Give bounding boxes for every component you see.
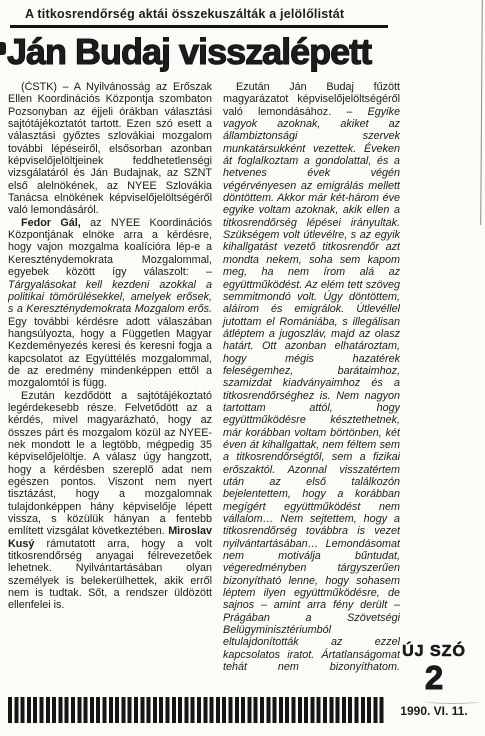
article-paragraph: Fedor Gál, az NYEE Koordinációs Központj… <box>8 217 212 390</box>
scan-edge-artifact <box>480 0 483 225</box>
article-paragraph: Ezután Ján Budaj fűzött magyarázatot kép… <box>223 81 400 675</box>
article-body: (ČSTK) – A Nyilvánosság az Erőszak Ellen… <box>8 81 400 675</box>
article-right-column: Ezután Ján Budaj fűzött magyarázatot kép… <box>223 81 400 675</box>
masthead-block: ÚJ SZÓ 2 1990. VI. 11. <box>396 643 472 718</box>
article-left-column: (ČSTK) – A Nyilvánosság az Erőszak Ellen… <box>8 81 212 675</box>
newspaper-page: A titkosrendőrség aktái összekuszálták a… <box>0 0 485 736</box>
article-paragraph: (ČSTK) – A Nyilvánosság az Erőszak Ellen… <box>8 81 212 217</box>
issue-date: 1990. VI. 11. <box>396 704 472 718</box>
scan-blot-artifact <box>0 42 6 55</box>
kicker-headline: A titkosrendőrség aktái összekuszálták a… <box>25 7 344 21</box>
kicker-divider-rule <box>10 25 388 28</box>
article-paragraph: Ezután kezdődött a sajtótájékoztató legé… <box>8 390 212 612</box>
barcode <box>8 697 386 723</box>
page-number: 2 <box>396 663 472 693</box>
main-headline: Ján Budaj visszalépett <box>7 31 371 73</box>
scan-scratch-artifact <box>425 699 480 704</box>
